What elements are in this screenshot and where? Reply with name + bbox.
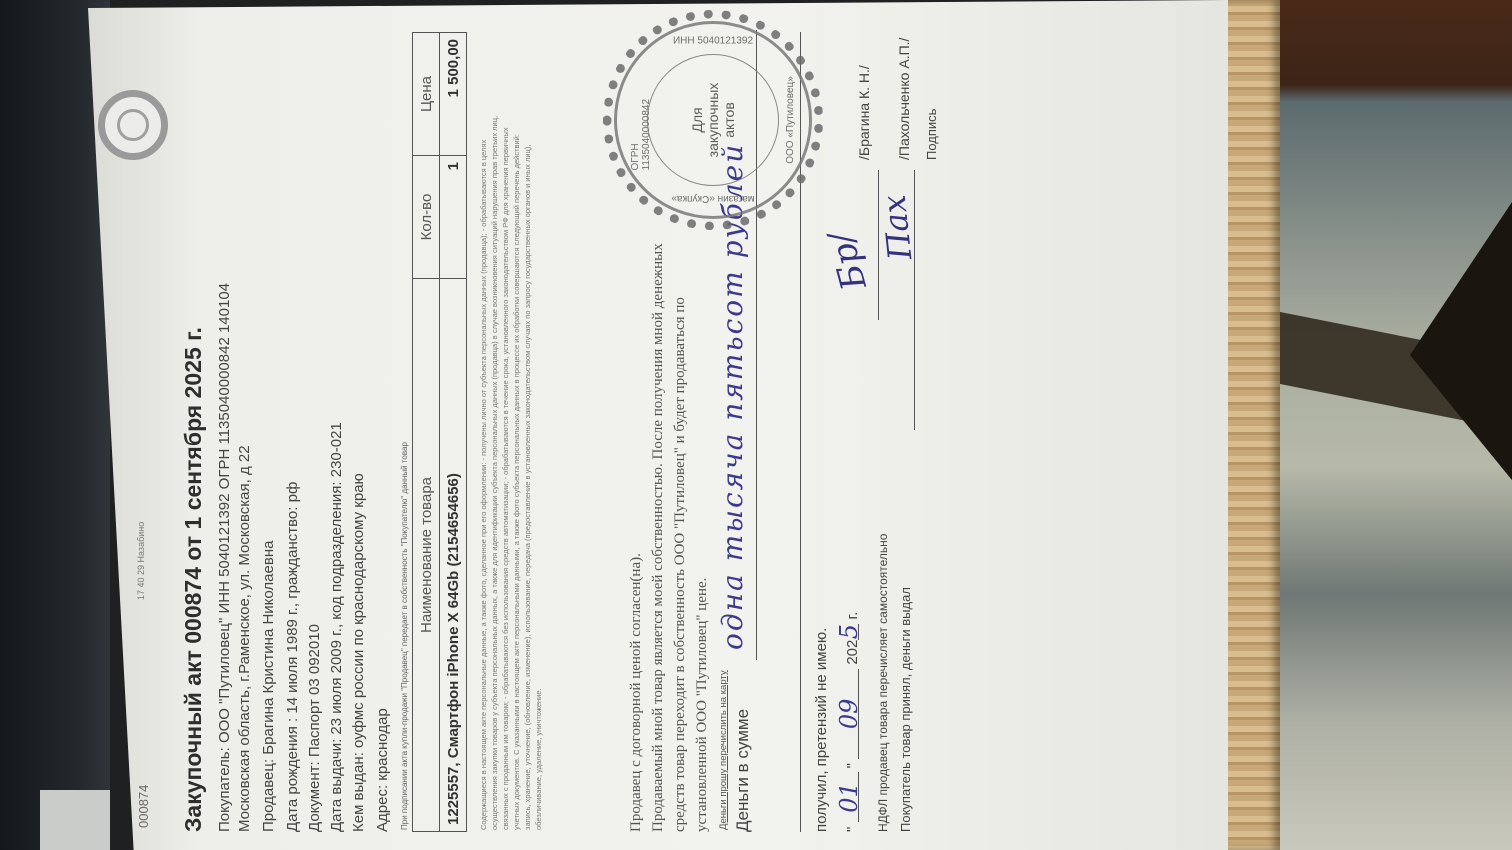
stamp-ring-top: ОГРН 1135040000842	[630, 70, 652, 171]
money-label: Деньги в сумме	[733, 709, 753, 832]
received-statement: получил, претензий не имею.	[813, 628, 830, 832]
stamp-line-2: закупочных	[705, 83, 721, 158]
company-stamp-icon: ОГРН 1135040000842 ИНН 5040121392 ООО «П…	[603, 10, 823, 230]
card-transfer-request: Деньги прошу перечислить на карту	[718, 670, 729, 830]
buyer-accept: Покупатель товар принял, деньги выдал	[898, 587, 913, 832]
passport-issued-by: Кем выдан: оуфмс россии по краснодарском…	[350, 473, 367, 832]
stamp-ring-right: ИНН 5040121392	[673, 36, 753, 47]
ownership-line-3: установленной ООО "Путиловец" цене.	[694, 578, 711, 832]
buyer-line: Покупатель: ООО "Путиловец" ИНН 50401213…	[216, 283, 233, 832]
ndfl-note: НДФЛ продавец товара перечисляет самосто…	[876, 534, 890, 832]
purchase-act-document: 000874 17 40 29 Назабино Закупочный акт …	[88, 0, 1228, 850]
ownership-line-2: средств товар переходит в собственность …	[672, 297, 689, 832]
stamp-center: Для закупочных актов	[647, 54, 779, 186]
seller-signature-name: /Брагина К. Н./	[856, 65, 872, 160]
date-row: " 01 " 09 2025 г.	[840, 612, 861, 832]
stamp-ring-left: магазин «Скупка»	[671, 193, 754, 204]
seller-passport: Документ: Паспорт 03 092010	[306, 624, 323, 832]
table-header-row: Наименование товара Кол-во Цена	[413, 33, 440, 832]
table-row: 1225557, Смартфон iPhone X 64Gb (2154654…	[440, 33, 467, 832]
seller-birth: Дата рождения : 14 июля 1989 г., граждан…	[284, 482, 301, 832]
act-number-corner: 000874	[136, 785, 151, 828]
header-qty: Кол-во	[413, 156, 440, 279]
document-title: Закупочный акт 000874 от 1 сентября 2025…	[180, 327, 207, 832]
signature-caption: Подпись	[924, 109, 939, 160]
buyer-address: Московская область, г.Раменское, ул. Мос…	[236, 445, 253, 832]
personal-data-fine-print: Содержащиеся в настоящем акте персональн…	[478, 110, 544, 830]
ownership-line-1: Продаваемый мной товар является моей соб…	[650, 243, 667, 832]
date-month: 09	[840, 669, 859, 759]
buyer-signature-name: /Пахольченко А.П./	[896, 38, 912, 160]
seller-signature: Бр/	[821, 228, 875, 295]
date-year-prefix: 202	[844, 640, 861, 665]
seller-name: Продавец: Брагина Кристина Николаевна	[260, 541, 277, 832]
date-year-unit: г.	[844, 612, 861, 620]
goods-table: Наименование товара Кол-во Цена 1225557,…	[412, 32, 467, 832]
quote-open: "	[844, 827, 861, 832]
clipboard-edge	[1222, 0, 1280, 850]
print-time: 17 40 29 Назабино	[136, 522, 146, 600]
seller-address: Адрес: краснодар	[374, 708, 391, 832]
header-name: Наименование товара	[413, 279, 440, 832]
stamp-line-3: актов	[721, 102, 737, 138]
item-price: 1 500,00	[440, 33, 467, 156]
item-qty: 1	[440, 156, 467, 279]
price-agreement: Продавец с договорной ценой согласен(на)…	[628, 553, 645, 832]
passport-issue-date: Дата выдачи: 23 июля 2009 г., код подраз…	[328, 422, 345, 832]
quote-close: "	[844, 763, 861, 768]
date-day: 01	[840, 773, 859, 823]
date-year-suffix: 5	[840, 624, 859, 640]
header-price: Цена	[413, 33, 440, 156]
company-logo-icon	[98, 90, 168, 160]
stamp-line-1: Для	[689, 107, 705, 132]
buyer-signature: Пах	[875, 193, 920, 262]
item-name: 1225557, Смартфон iPhone X 64Gb (2154654…	[440, 279, 467, 832]
stamp-ring-bottom: ООО «Путиловец»	[785, 76, 796, 164]
transfer-note: При подписании акта купли-продажи "Прода…	[400, 442, 409, 830]
